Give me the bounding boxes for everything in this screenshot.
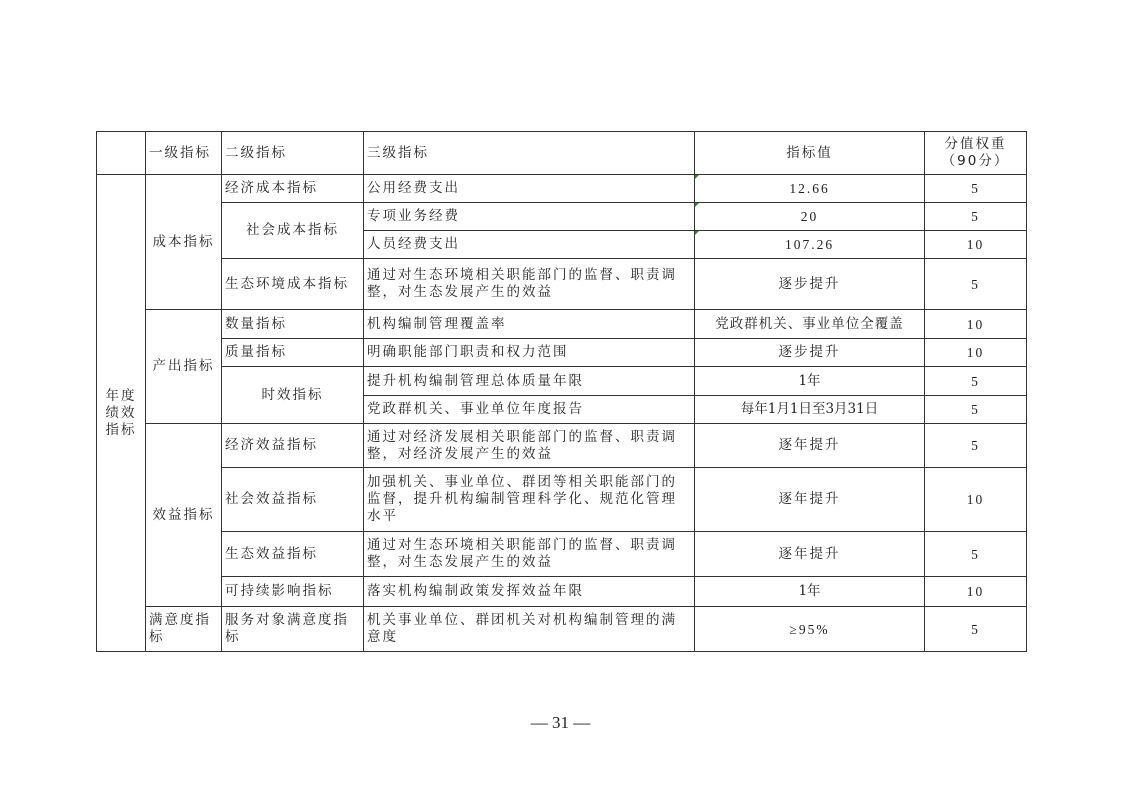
level3-cell: 提升机构编制管理总体质量年限 — [364, 367, 695, 396]
level3-cell: 加强机关、事业单位、群团等相关职能部门的监督，提升机构编制管理科学化、规范化管理… — [364, 468, 695, 532]
level2-cell: 服务对象满意度指标 — [222, 607, 364, 652]
weight-cell: 5 — [925, 424, 1027, 468]
weight-cell: 10 — [925, 577, 1027, 607]
table-row: 时效指标 提升机构编制管理总体质量年限 1年 5 — [97, 367, 1027, 396]
value-cell: 逐步提升 — [695, 339, 925, 367]
page-number: — 31 — — [0, 713, 1121, 733]
level2-cell: 可持续影响指标 — [222, 577, 364, 607]
table-row: 产出指标 数量指标 机构编制管理覆盖率 党政群机关、事业单位全覆盖 10 — [97, 310, 1027, 339]
level1-cell: 效益指标 — [146, 424, 222, 607]
weight-cell: 5 — [925, 203, 1027, 231]
table-row: 生态环境成本指标 通过对生态环境相关职能部门的监督、职责调整，对生态发展产生的效… — [97, 259, 1027, 310]
value-cell: 12.66 — [695, 175, 925, 203]
level1-cell: 成本指标 — [146, 175, 222, 310]
level3-cell: 通过对生态环境相关职能部门的监督、职责调整，对生态发展产生的效益 — [364, 532, 695, 577]
level3-cell: 人员经费支出 — [364, 231, 695, 259]
table-row: 可持续影响指标 落实机构编制政策发挥效益年限 1年 10 — [97, 577, 1027, 607]
level2-cell: 时效指标 — [222, 367, 364, 424]
table-row: 满意度指标 服务对象满意度指标 机关事业单位、群团机关对机构编制管理的满意度 ≥… — [97, 607, 1027, 652]
level2-cell: 生态效益指标 — [222, 532, 364, 577]
level2-cell: 数量指标 — [222, 310, 364, 339]
value-cell: 1年 — [695, 577, 925, 607]
weight-cell: 10 — [925, 339, 1027, 367]
level3-cell: 明确职能部门职责和权力范围 — [364, 339, 695, 367]
outer-label-top — [97, 132, 146, 175]
header-weight: 分值权重（90分） — [925, 132, 1027, 175]
value-cell: 逐年提升 — [695, 424, 925, 468]
header-level3: 三级指标 — [364, 132, 695, 175]
table-row: 年度绩效指标 成本指标 经济成本指标 公用经费支出 12.66 5 — [97, 175, 1027, 203]
level2-cell: 社会效益指标 — [222, 468, 364, 532]
level1-cell: 满意度指标 — [146, 607, 222, 652]
level3-cell: 公用经费支出 — [364, 175, 695, 203]
level3-cell: 机构编制管理覆盖率 — [364, 310, 695, 339]
level3-cell: 落实机构编制政策发挥效益年限 — [364, 577, 695, 607]
level3-cell: 机关事业单位、群团机关对机构编制管理的满意度 — [364, 607, 695, 652]
performance-indicator-table: 一级指标 二级指标 三级指标 指标值 分值权重（90分） 年度绩效指标 成本指标… — [96, 131, 1027, 652]
level2-cell: 质量指标 — [222, 339, 364, 367]
table-row: 社会效益指标 加强机关、事业单位、群团等相关职能部门的监督，提升机构编制管理科学… — [97, 468, 1027, 532]
table-header-row: 一级指标 二级指标 三级指标 指标值 分值权重（90分） — [97, 132, 1027, 175]
level1-cell: 产出指标 — [146, 310, 222, 424]
weight-cell: 5 — [925, 396, 1027, 424]
level2-cell: 经济效益指标 — [222, 424, 364, 468]
value-cell: 107.26 — [695, 231, 925, 259]
weight-cell: 5 — [925, 175, 1027, 203]
weight-cell: 5 — [925, 607, 1027, 652]
level2-cell: 生态环境成本指标 — [222, 259, 364, 310]
level3-cell: 党政群机关、事业单位年度报告 — [364, 396, 695, 424]
header-level1: 一级指标 — [146, 132, 222, 175]
level3-cell: 通过对经济发展相关职能部门的监督、职责调整，对经济发展产生的效益 — [364, 424, 695, 468]
value-cell: 党政群机关、事业单位全覆盖 — [695, 310, 925, 339]
header-value: 指标值 — [695, 132, 925, 175]
value-cell: 逐年提升 — [695, 532, 925, 577]
table-row: 效益指标 经济效益指标 通过对经济发展相关职能部门的监督、职责调整，对经济发展产… — [97, 424, 1027, 468]
weight-cell: 5 — [925, 259, 1027, 310]
level2-cell: 经济成本指标 — [222, 175, 364, 203]
value-cell: ≥95% — [695, 607, 925, 652]
weight-cell: 10 — [925, 468, 1027, 532]
outer-label: 年度绩效指标 — [97, 175, 146, 652]
value-cell: 20 — [695, 203, 925, 231]
value-cell: 1年 — [695, 367, 925, 396]
weight-cell: 5 — [925, 367, 1027, 396]
level3-cell: 通过对生态环境相关职能部门的监督、职责调整，对生态发展产生的效益 — [364, 259, 695, 310]
weight-cell: 10 — [925, 310, 1027, 339]
level2-cell: 社会成本指标 — [222, 203, 364, 259]
table-row: 社会成本指标 专项业务经费 20 5 — [97, 203, 1027, 231]
table-row: 质量指标 明确职能部门职责和权力范围 逐步提升 10 — [97, 339, 1027, 367]
value-cell: 逐步提升 — [695, 259, 925, 310]
weight-cell: 10 — [925, 231, 1027, 259]
table-row: 生态效益指标 通过对生态环境相关职能部门的监督、职责调整，对生态发展产生的效益 … — [97, 532, 1027, 577]
value-cell: 逐年提升 — [695, 468, 925, 532]
level3-cell: 专项业务经费 — [364, 203, 695, 231]
value-cell: 每年1月1日至3月31日 — [695, 396, 925, 424]
weight-cell: 5 — [925, 532, 1027, 577]
header-level2: 二级指标 — [222, 132, 364, 175]
